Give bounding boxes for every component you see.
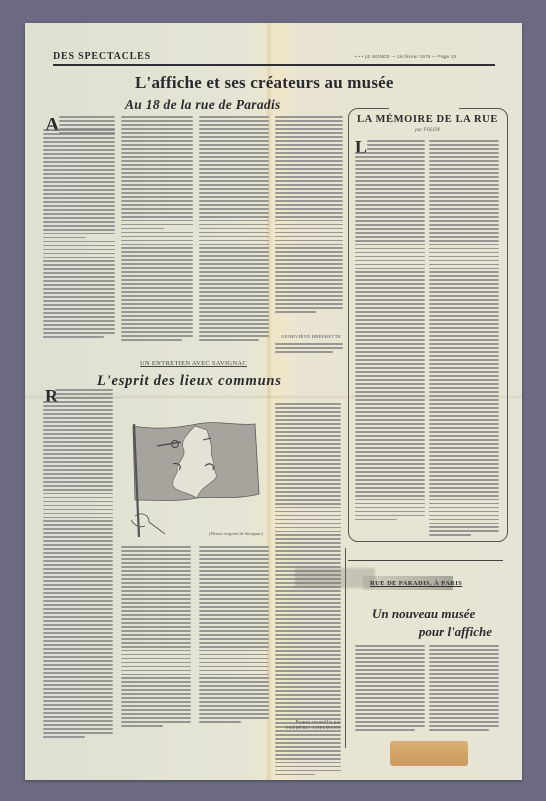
sidebar-col1 <box>355 140 425 520</box>
adhesive-tape <box>390 741 468 766</box>
main-article-col1 <box>43 129 115 338</box>
main-article-col4 <box>275 116 343 313</box>
sidebar-col2 <box>429 140 499 536</box>
main-article-footnote <box>275 343 343 353</box>
interview-col3 <box>199 546 269 723</box>
main-headline: L'affiche et ses créateurs au musée <box>135 73 394 93</box>
flag-faces-drawing <box>117 416 285 539</box>
interview-headline: L'esprit des lieux communs <box>97 373 282 390</box>
main-subhead: Au 18 de la rue de Paradis <box>125 97 281 113</box>
page-folio: • • • LE MONDE — 16 février 1978 — Page … <box>355 54 456 59</box>
sidebar-byline: par FOLON <box>356 128 499 133</box>
museum-col1 <box>355 645 425 731</box>
main-article-col3 <box>199 116 269 341</box>
museum-headline: Un nouveau musée pour l'affiche <box>372 605 492 640</box>
museum-headline-line2: pour l'affiche <box>372 623 492 641</box>
section-rubric: DES SPECTACLES <box>53 51 151 62</box>
interview-signature: Propos recueillis par FRÉDÉRIC EDELMANN <box>275 719 341 731</box>
museum-col2 <box>429 645 499 731</box>
savignac-illustration: (Dessin original de Savignac) <box>117 416 285 539</box>
museum-headline-line1: Un nouveau musée <box>372 605 492 623</box>
main-article-col2 <box>121 116 193 341</box>
main-article-signature: GENEVIÈVE BREERETTE <box>275 334 341 339</box>
museum-kicker: RUE DE PARADIS, À PARIS <box>370 580 462 587</box>
newspaper-page: DES SPECTACLES • • • LE MONDE — 16 févri… <box>25 23 522 780</box>
section-divider <box>348 560 503 561</box>
sidebar-title: LA MÉMOIRE DE LA RUE <box>356 114 499 125</box>
interview-col1 <box>43 389 113 738</box>
interview-col2 <box>121 546 191 727</box>
illustration-caption: (Dessin original de Savignac) <box>209 531 263 536</box>
interview-kicker: UN ENTRETIEN AVEC SAVIGNAC <box>140 360 247 367</box>
header-rule <box>53 64 495 66</box>
box-border-gap <box>389 106 459 112</box>
